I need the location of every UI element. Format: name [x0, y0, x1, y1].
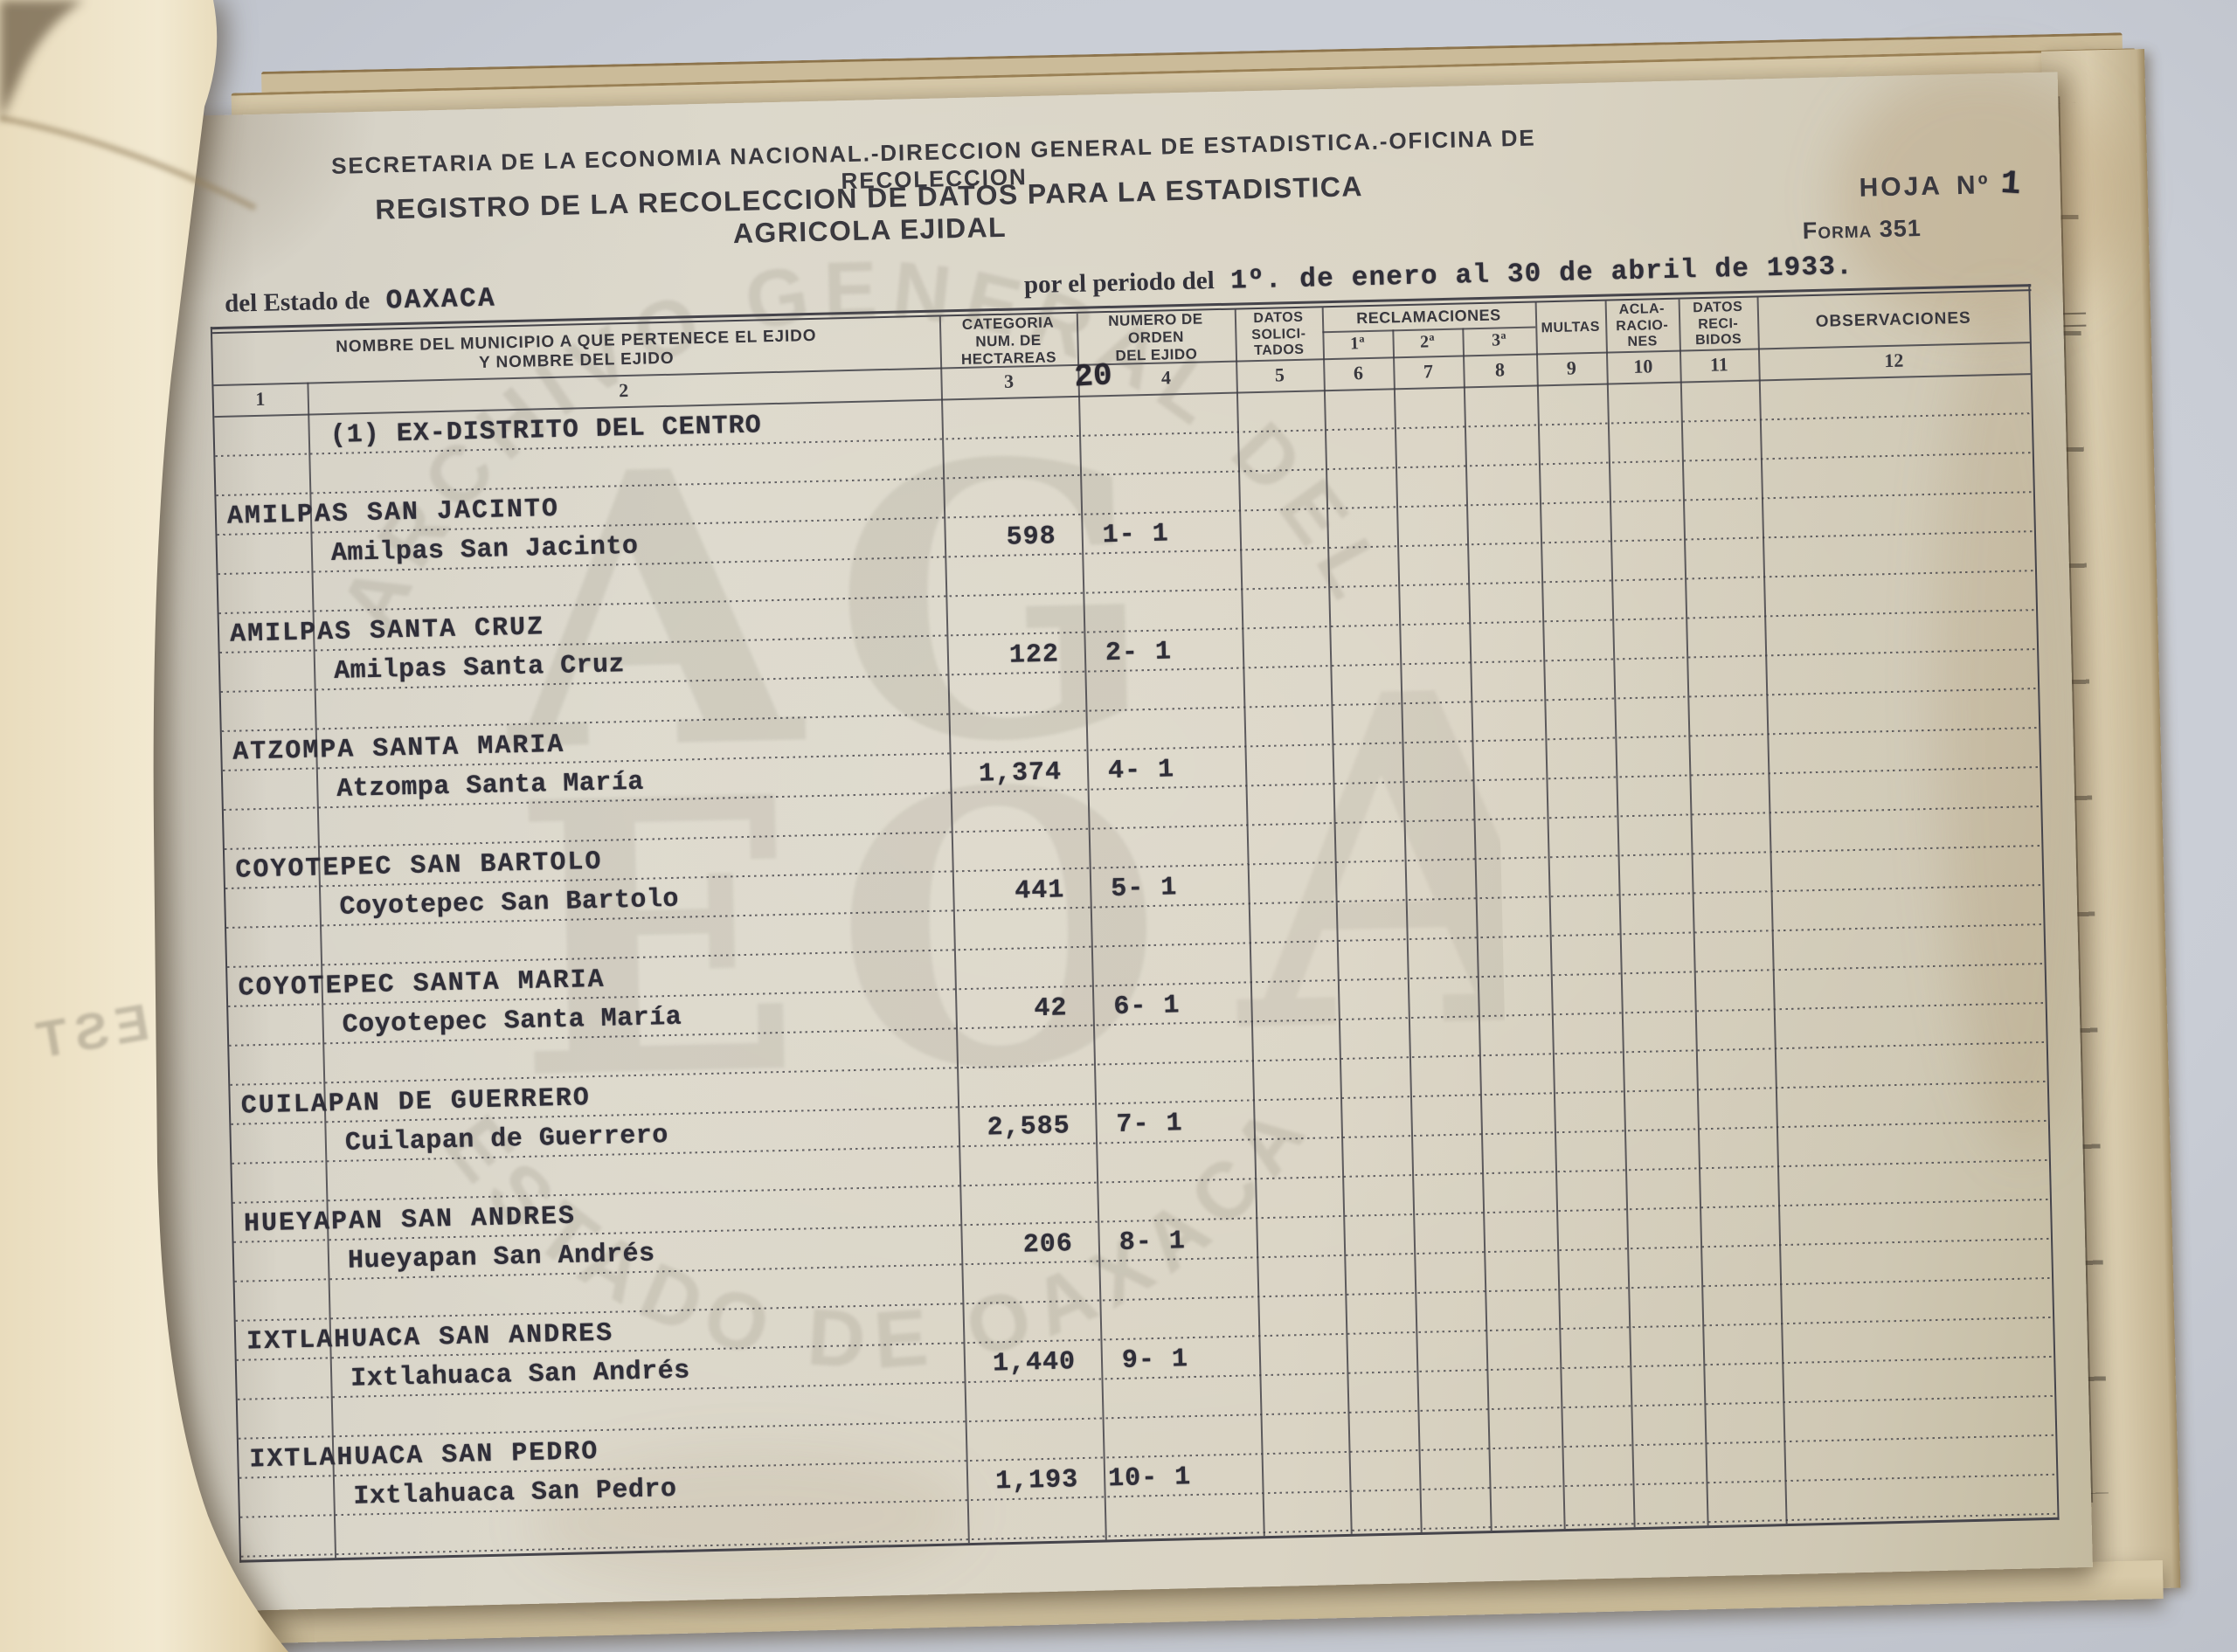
order-number-value: 10- 1 [1104, 1462, 1192, 1494]
ejido-name: Amilpas San Jacinto [331, 532, 639, 569]
hectares-value: 42 [955, 993, 1068, 1026]
order-column-stamp: 20 [1073, 357, 1113, 395]
state-value: OAXACA [385, 283, 496, 316]
curled-page-shape [0, 0, 288, 1652]
hectares-value: 598 [944, 522, 1056, 554]
hectares-value: 122 [947, 639, 1060, 672]
column-number: 9 [1567, 356, 1577, 379]
column-number: 8 [1495, 358, 1506, 381]
sheet-no-label: Nº [1957, 170, 1991, 200]
order-number-value: 2- 1 [1084, 637, 1173, 668]
ejido-name: Coyotepec Santa María [342, 1003, 682, 1040]
ejido-name: Coyotepec San Bartolo [339, 885, 679, 923]
order-number-value: 9- 1 [1101, 1344, 1189, 1376]
column-number: 11 [1710, 353, 1728, 376]
ejido-name: Hueyapan San Andrés [348, 1240, 655, 1276]
registry-table: NOMBRE DEL MUNICIPIO A QUE PERTENECE EL … [211, 284, 2060, 1563]
column-number: 7 [1423, 360, 1434, 383]
curled-left-pages [0, 0, 315, 1652]
sheet-label: HOJA [1859, 171, 1943, 202]
header-claims-1st: 1ª [1322, 330, 1393, 358]
screenshot-root: { "colors": { "desk": "#c9cdd5", "paper"… [0, 0, 2237, 1652]
column-number: 2 [619, 379, 629, 402]
order-number-value: 8- 1 [1098, 1227, 1186, 1258]
header-claims-2nd: 2ª [1392, 328, 1463, 356]
header-claims-3rd: 3ª [1462, 327, 1536, 355]
header-order-number: NUMERO DE ORDEN DEL EJIDO [1077, 311, 1236, 365]
hectares-value: 2,585 [958, 1111, 1070, 1144]
header-data-requested: DATOS SOLICI- TADOS [1235, 308, 1323, 361]
ejido-name: Atzompa Santa María [336, 768, 644, 805]
period-prefix-label: por el periodo del [1024, 266, 1215, 299]
hectares-value: 1,193 [966, 1465, 1079, 1497]
table-body: (1) EX-DISTRITO DEL CENTROAMILPAS SAN JA… [214, 375, 2057, 1558]
ejido-name: Ixtlahuaca San Pedro [353, 1475, 677, 1512]
header-category-hectares: CATEGORIA NUM. DE HECTAREAS [939, 315, 1077, 369]
order-number-value: 6- 1 [1092, 991, 1181, 1022]
column-number: 12 [1884, 349, 1904, 373]
order-number-value: 5- 1 [1090, 873, 1178, 904]
hectares-value: 441 [952, 875, 1065, 908]
column-number: 4 [1161, 366, 1172, 389]
order-number-value: 4- 1 [1087, 755, 1175, 786]
header-data-received: DATOS RECI- BIDOS [1679, 298, 1758, 350]
header-observations: OBSERVACIONES [1757, 292, 2030, 349]
order-number-value: 1- 1 [1081, 519, 1169, 550]
hectares-value: 206 [960, 1229, 1073, 1261]
column-number: 3 [1004, 370, 1015, 393]
book-page-stack: ARCHIVO GENERAL DEL ESTADO DE OAXACA AG … [108, 24, 2194, 1652]
ejido-name: Amilpas Santa Cruz [334, 650, 626, 687]
order-number-value: 7- 1 [1095, 1109, 1183, 1140]
ejido-name: Cuilapan de Guerrero [345, 1121, 669, 1158]
sheet-number-value: 1 [1999, 165, 2024, 204]
column-number: 5 [1275, 363, 1285, 386]
hectares-value: 1,440 [964, 1347, 1077, 1379]
hectares-value: 1,374 [950, 757, 1063, 790]
form-number-label: Forma 351 [1802, 215, 1922, 245]
sheet-number-group: HOJANº1 [1859, 165, 2024, 206]
column-number: 6 [1354, 362, 1364, 384]
document-page: ARCHIVO GENERAL DEL ESTADO DE OAXACA AG … [120, 72, 2093, 1613]
column-number: 10 [1633, 355, 1653, 378]
ejido-name: Ixtlahuaca San Andrés [350, 1357, 690, 1394]
header-fines: MULTAS [1535, 302, 1606, 355]
header-clarifications: ACLA- RACIO- NES [1605, 301, 1679, 353]
